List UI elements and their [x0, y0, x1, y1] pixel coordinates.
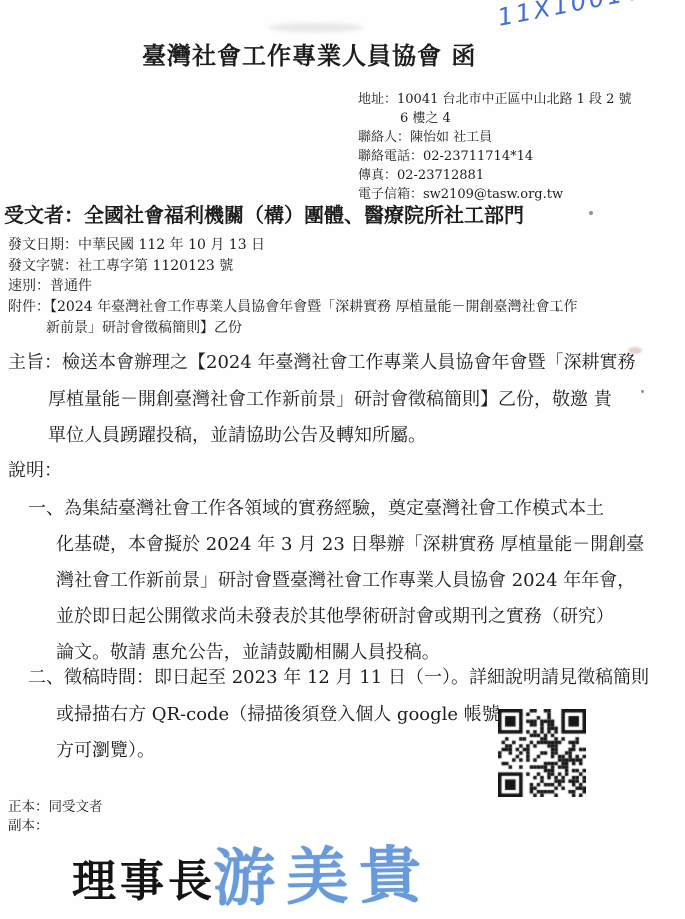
scan-artifact: [589, 211, 593, 215]
qr-code: [498, 709, 586, 797]
letter-title: 臺灣社會工作專業人員協會 函: [142, 36, 476, 71]
explanation-item1-line: 一、為集結臺灣社會工作各領域的實務經驗，奠定臺灣社會工作模式本土: [28, 494, 604, 520]
scan-artifact: [641, 390, 644, 393]
explanation-item1-line: 灣社會工作新前景」研討會暨臺灣社會工作專業人員協會 2024 年年會，: [56, 566, 635, 592]
explanation-item1-line: 化基礎，本會擬於 2024 年 3 月 23 日舉辦「深耕實務 厚植量能－開創臺: [56, 530, 644, 556]
president-signature-stamp: 游美貴: [212, 825, 433, 918]
contact-phone: 聯絡電話：02-23711714*14: [358, 145, 533, 164]
contact-person: 聯絡人：陳怡如 社工員: [358, 126, 492, 145]
fax-number: 傳真：02-23712881: [358, 164, 484, 183]
subject-line: 厚植量能－開創臺灣社會工作新前景」研討會徵稿簡則】乙份，敬邀 貴: [48, 385, 612, 411]
explanation-item2-line: 或掃描右方 QR-code（掃描後須登入個人 google 帳號: [56, 700, 500, 726]
explanation-item1-line: 並於即日起公開徵求尚未發表於其他學術研討會或期刊之實務（研究）: [56, 602, 614, 628]
explanation-heading: 說明：: [8, 456, 62, 482]
subject-line: 主旨：檢送本會辦理之【2024 年臺灣社會工作專業人員協會年會暨「深耕實務: [8, 348, 636, 374]
scanned-official-letter: 11X10016 臺灣社會工作專業人員協會 函 地址：10041 台北市中正區中…: [0, 0, 685, 919]
scan-artifact: [268, 23, 363, 32]
president-title: 理事長: [72, 845, 216, 909]
explanation-item2-line: 方可瀏覽）。: [56, 736, 155, 762]
explanation-item1-line: 論文。敬請 惠允公告，並請鼓勵相關人員投稿。: [56, 638, 440, 664]
document-number: 發文字號：社工專字第 1120123 號: [8, 255, 233, 275]
recipient-line: 受文者：全國社會福利機關（構）團體、醫療院所社工部門: [4, 199, 524, 228]
attachment-line1: 附件：【2024 年臺灣社會工作專業人員協會年會暨「深耕實務 厚植量能－開創臺灣…: [8, 296, 578, 316]
cc-recipient-note: 副本：: [8, 814, 49, 834]
explanation-item2-line: 二、徵稿時間：即日起至 2023 年 12 月 11 日（一）。詳細說明請見徵稿…: [28, 663, 649, 689]
sender-address-line2: 6 樓之 4: [400, 107, 451, 126]
sender-address-line1: 地址：10041 台北市中正區中山北路 1 段 2 號: [358, 88, 632, 107]
original-recipient-note: 正本：同受文者: [8, 795, 103, 815]
delivery-speed: 速別：普通件: [8, 275, 92, 295]
subject-line: 單位人員踴躍投稿，並請協助公告及轉知所屬。: [48, 421, 426, 447]
attachment-line2: 新前景」研討會徵稿簡則】乙份: [46, 317, 242, 337]
issue-date: 發文日期：中華民國 112 年 10 月 13 日: [8, 234, 265, 254]
handwritten-registry-number: 11X10016: [495, 0, 645, 32]
